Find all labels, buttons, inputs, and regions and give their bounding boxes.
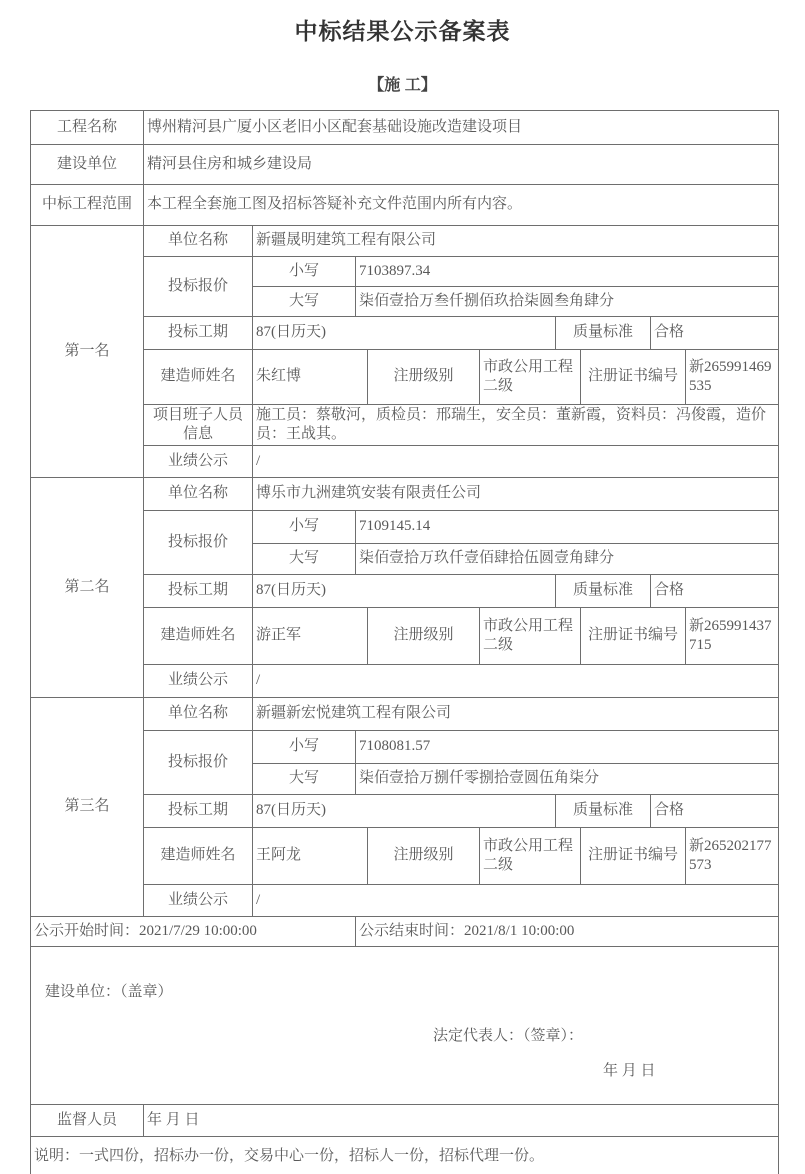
bidder2-quality: 合格 [651,575,779,608]
bidder3-quality: 合格 [651,795,779,828]
words-label: 大写 [253,764,356,795]
bidder2-company-row: 第二名 单位名称 博乐市九洲建筑安装有限责任公司 [31,478,779,511]
performance-label: 业绩公示 [144,885,253,917]
quality-label: 质量标准 [556,575,651,608]
builder-label: 建造师姓名 [144,350,253,405]
bidder3-cert-no: 新265202177573 [686,828,779,885]
company-label: 单位名称 [144,478,253,511]
bidder1-team-row: 项目班子人员信息 施工员：蔡敬河，质检员：邢瑞生，安全员：董新霞，资料员：冯俊霞… [31,405,779,446]
bidder3-company: 新疆新宏悦建筑工程有限公司 [253,698,779,731]
bidder2-reg-level: 市政公用工程二级 [480,608,581,665]
bidder1-price-figures-row: 投标报价 小写 7103897.34 [31,257,779,287]
bidder1-company: 新疆晟明建筑工程有限公司 [253,226,779,257]
owner-value: 精河县住房和城乡建设局 [144,145,779,185]
bidder2-rank: 第二名 [31,478,144,698]
bidder2-duration-row: 投标工期 87(日历天) 质量标准 合格 [31,575,779,608]
bidder1-price-figures: 7103897.34 [356,257,779,287]
bidder1-cert-no: 新265991469535 [686,350,779,405]
bidder1-builder: 朱红博 [253,350,368,405]
publicity-time-row: 公示开始时间：2021/7/29 10:00:00 公示结束时间：2021/8/… [31,917,779,947]
publicity-end: 公示结束时间：2021/8/1 10:00:00 [356,917,779,947]
signature-cell: 建设单位：（盖章） 法定代表人：（签章）： 年 月 日 [31,947,779,1105]
bidder3-duration-row: 投标工期 87(日历天) 质量标准 合格 [31,795,779,828]
bid-price-label: 投标报价 [144,731,253,795]
figures-label: 小写 [253,511,356,544]
figures-label: 小写 [253,257,356,287]
owner-row: 建设单位 精河县住房和城乡建设局 [31,145,779,185]
bidder2-builder: 游正军 [253,608,368,665]
note-text: 说明：一式四份，招标办一份，交易中心一份，招标人一份，招标代理一份。 [31,1137,779,1174]
company-label: 单位名称 [144,698,253,731]
bidder1-company-row: 第一名 单位名称 新疆晟明建筑工程有限公司 [31,226,779,257]
bidder1-price-words: 柒佰壹拾万叁仟捌佰玖拾柒圆叁角肆分 [356,287,779,317]
bidder1-duration: 87(日历天) [253,317,556,350]
team-label: 项目班子人员信息 [144,405,253,446]
quality-label: 质量标准 [556,317,651,350]
reg-level-label: 注册级别 [368,350,480,405]
bidder2-builder-row: 建造师姓名 游正军 注册级别 市政公用工程二级 注册证书编号 新26599143… [31,608,779,665]
project-name-row: 工程名称 博州精河县广厦小区老旧小区配套基础设施改造建设项目 [31,111,779,145]
bidder3-performance: / [253,885,779,917]
bid-price-label: 投标报价 [144,511,253,575]
performance-label: 业绩公示 [144,446,253,478]
document-page: 中标结果公示备案表 【施 工】 工程名称 博州精河县广厦小区老旧小区配套基础设施… [0,0,805,1174]
words-label: 大写 [253,544,356,575]
note-row: 说明：一式四份，招标办一份，交易中心一份，招标人一份，招标代理一份。 [31,1137,779,1174]
bidder1-duration-row: 投标工期 87(日历天) 质量标准 合格 [31,317,779,350]
cert-no-label: 注册证书编号 [581,828,686,885]
bidder2-price-figures-row: 投标报价 小写 7109145.14 [31,511,779,544]
duration-label: 投标工期 [144,317,253,350]
bidder1-rank: 第一名 [31,226,144,478]
signature-date-line: 年 月 日 [603,1062,656,1082]
bidder3-price-words: 柒佰壹拾万捌仟零捌拾壹圆伍角柒分 [356,764,779,795]
bidder2-price-figures: 7109145.14 [356,511,779,544]
bidder1-performance-row: 业绩公示 / [31,446,779,478]
publicity-start: 公示开始时间：2021/7/29 10:00:00 [31,917,356,947]
bid-price-label: 投标报价 [144,257,253,317]
project-name-value: 博州精河县广厦小区老旧小区配套基础设施改造建设项目 [144,111,779,145]
performance-label: 业绩公示 [144,665,253,698]
bidder1-performance: / [253,446,779,478]
bidder1-quality: 合格 [651,317,779,350]
quality-label: 质量标准 [556,795,651,828]
bidder1-team: 施工员：蔡敬河，质检员：邢瑞生，安全员：董新霞，资料员：冯俊霞，造价员：王战其。 [253,405,779,446]
company-label: 单位名称 [144,226,253,257]
scope-row: 中标工程范围 本工程全套施工图及招标答疑补充文件范围内所有内容。 [31,185,779,226]
bidder3-duration: 87(日历天) [253,795,556,828]
scope-label: 中标工程范围 [31,185,144,226]
bidder3-builder: 王阿龙 [253,828,368,885]
bidder3-builder-row: 建造师姓名 王阿龙 注册级别 市政公用工程二级 注册证书编号 新26520217… [31,828,779,885]
bidder2-performance-row: 业绩公示 / [31,665,779,698]
scope-value: 本工程全套施工图及招标答疑补充文件范围内所有内容。 [144,185,779,226]
signature-row: 建设单位：（盖章） 法定代表人：（签章）： 年 月 日 [31,947,779,1105]
supervisor-label: 监督人员 [31,1105,144,1137]
bidder3-price-figures: 7108081.57 [356,731,779,764]
bidder2-performance: / [253,665,779,698]
duration-label: 投标工期 [144,575,253,608]
bidder1-reg-level: 市政公用工程二级 [480,350,581,405]
bidder3-reg-level: 市政公用工程二级 [480,828,581,885]
owner-seal-line: 建设单位：（盖章） [45,983,173,1003]
bidder2-cert-no: 新265991437715 [686,608,779,665]
bidder2-company: 博乐市九洲建筑安装有限责任公司 [253,478,779,511]
bidder3-performance-row: 业绩公示 / [31,885,779,917]
cert-no-label: 注册证书编号 [581,350,686,405]
bidder3-rank: 第三名 [31,698,144,917]
reg-level-label: 注册级别 [368,608,480,665]
project-name-label: 工程名称 [31,111,144,145]
page-subtitle: 【施 工】 [0,72,805,95]
words-label: 大写 [253,287,356,317]
reg-level-label: 注册级别 [368,828,480,885]
figures-label: 小写 [253,731,356,764]
bidder2-duration: 87(日历天) [253,575,556,608]
bid-result-table: 工程名称 博州精河县广厦小区老旧小区配套基础设施改造建设项目 建设单位 精河县住… [30,110,779,1174]
bidder2-price-words: 柒佰壹拾万玖仟壹佰肆拾伍圆壹角肆分 [356,544,779,575]
builder-label: 建造师姓名 [144,828,253,885]
owner-label: 建设单位 [31,145,144,185]
bidder1-builder-row: 建造师姓名 朱红博 注册级别 市政公用工程二级 注册证书编号 新26599146… [31,350,779,405]
cert-no-label: 注册证书编号 [581,608,686,665]
supervisor-row: 监督人员 年 月 日 [31,1105,779,1137]
bidder3-company-row: 第三名 单位名称 新疆新宏悦建筑工程有限公司 [31,698,779,731]
page-title: 中标结果公示备案表 [0,0,805,46]
legal-rep-line: 法定代表人：（签章）： [433,1027,583,1047]
bidder3-price-figures-row: 投标报价 小写 7108081.57 [31,731,779,764]
duration-label: 投标工期 [144,795,253,828]
builder-label: 建造师姓名 [144,608,253,665]
supervisor-date: 年 月 日 [144,1105,779,1137]
